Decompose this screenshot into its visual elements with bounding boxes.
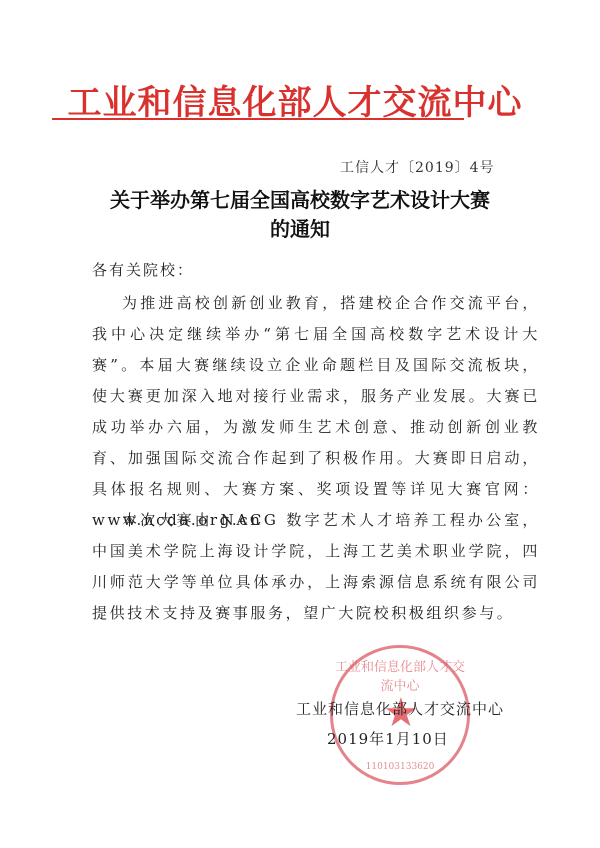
salutation: 各有关院校： xyxy=(92,259,194,280)
body-paragraph-2: 本次大赛由 NACG 数字艺术人才培养工程办公室，中国美术学院上海设计学院，上海… xyxy=(92,505,540,629)
document-title-line-1: 关于举办第七届全国高校数字艺术设计大赛 xyxy=(60,184,540,213)
seal-number: 110103133620 xyxy=(333,762,467,772)
body-paragraph-1: 为推进高校创新创业教育，搭建校企合作交流平台，我中心决定继续举办“第七届全国高校… xyxy=(92,288,540,536)
letterhead-divider xyxy=(52,118,464,120)
organization-letterhead: 工业和信息化部人才交流中心 xyxy=(60,75,530,124)
document-number: 工信人才〔2019〕4号 xyxy=(340,157,495,177)
document-title-line-2: 的通知 xyxy=(60,213,540,242)
signature-organization: 工业和信息化部人才交流中心 xyxy=(296,698,504,719)
signature-date: 2019年1月10日 xyxy=(327,728,449,749)
seal-text: 工业和信息化部人才交流中心 xyxy=(333,656,467,694)
